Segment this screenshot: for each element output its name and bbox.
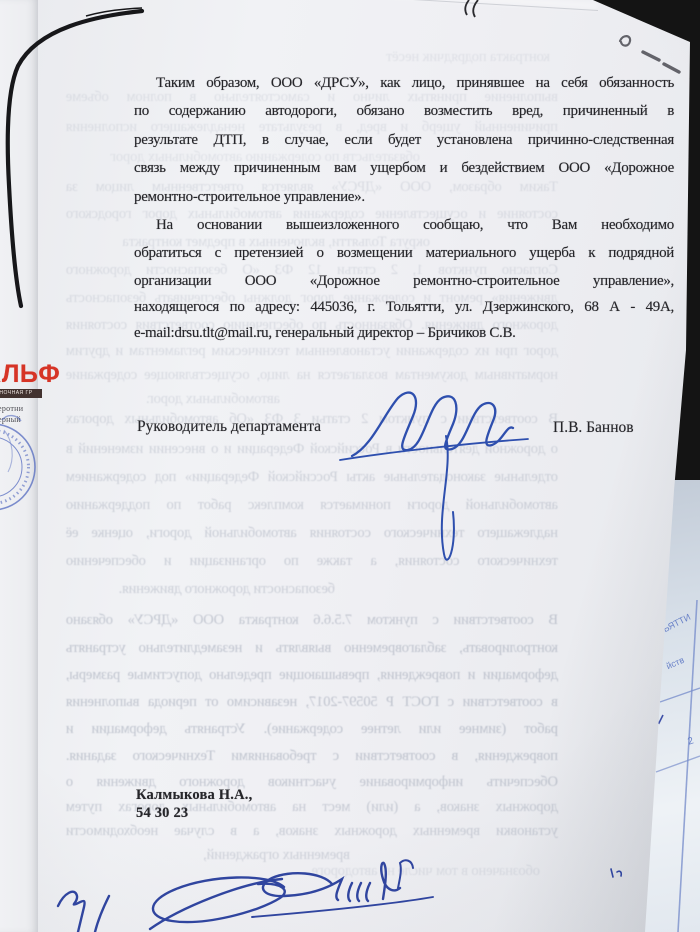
signatory-position: Руководитель департамента (137, 418, 321, 436)
body-line: по содержанию автодороги, обязано возмес… (134, 101, 674, 123)
signatory-name: П.В. Баннов (553, 419, 634, 437)
body-line: связь между причиненным вам ущербом и бе… (134, 158, 674, 180)
bleed-through-line: безопасности дорожного движения. (70, 580, 335, 600)
bleed-through-line: контролировать, заблаговременно выявлять… (66, 639, 558, 659)
bleed-through-line: В соответствии с пунктом 7.5.6.6 контрак… (66, 611, 558, 631)
body-line: На основании вышеизложенного сообщаю, чт… (134, 215, 674, 237)
bleed-through-line: контракта подрядчик несёт (350, 48, 550, 68)
bleed-through-line: работ (зимнее или летнее содержание). Ус… (66, 720, 558, 740)
bleed-through-line: о дорожной деятельности в Российской Фед… (66, 440, 558, 460)
bleed-through-line: нормативным документам возлагается на ли… (66, 366, 558, 386)
body-line: обратиться с претензией о возмещении мат… (134, 243, 674, 265)
small-text-fragment: верный (0, 415, 21, 425)
bleed-through-line: деформации и повреждения, превышающие пр… (66, 666, 558, 686)
bleed-through-line: автомобильных дорог. (70, 390, 280, 410)
body-line: результате ДТП, в случае, если будет уст… (134, 130, 674, 152)
document-photo: ЬЯТТИ йств 2 контракта подрядчик несётвы… (0, 0, 700, 932)
bleed-through-line: дорог при их содержании установленным те… (66, 342, 558, 362)
paper-left-edge-shading (0, 0, 38, 932)
letter-page: контракта подрядчик несётвыполнение прин… (0, 0, 700, 932)
staple-marks (620, 36, 679, 72)
bleed-through-line: обозначено в том числе на автодороге (280, 862, 540, 882)
executor-name: Калмыкова Н.А., (136, 787, 252, 804)
body-line: Таким образом, ООО «ДРСУ», как лицо, при… (134, 73, 674, 95)
bleed-through-line: технического состояния, а также по орган… (66, 552, 558, 572)
body-line: ремонтно-строительное управление». (134, 187, 674, 209)
red-logo-fragment: АЛЬФ (0, 360, 60, 389)
body-line: организации ООО «Дорожное ремонтно-строи… (134, 271, 674, 293)
bleed-through-line: повреждения, в соответствии с требования… (66, 747, 558, 767)
logo-band-fragment: НОЧНАЯ ГР (0, 389, 42, 398)
bleed-through-line: надлежащего технического состояния автом… (66, 524, 558, 544)
body-line: находящегося по адресу: 445036, г. Толья… (134, 297, 674, 319)
small-text-fragment: веротни (0, 404, 23, 414)
bleed-through-line: автомобильной дороги понимается комплекс… (66, 496, 558, 516)
executor-phone: 54 30 23 (136, 805, 188, 822)
bleed-through-line: отдельные законодательные акты Российско… (66, 468, 558, 488)
body-line: e-mail:drsu.tlt@mail.ru, генеральный дир… (134, 323, 674, 345)
bleed-through-line: установки временных дорожных знаков, а в… (66, 822, 558, 842)
bleed-through-line: в соответствии с ГОСТ Р 50597-2017, неза… (66, 693, 558, 713)
